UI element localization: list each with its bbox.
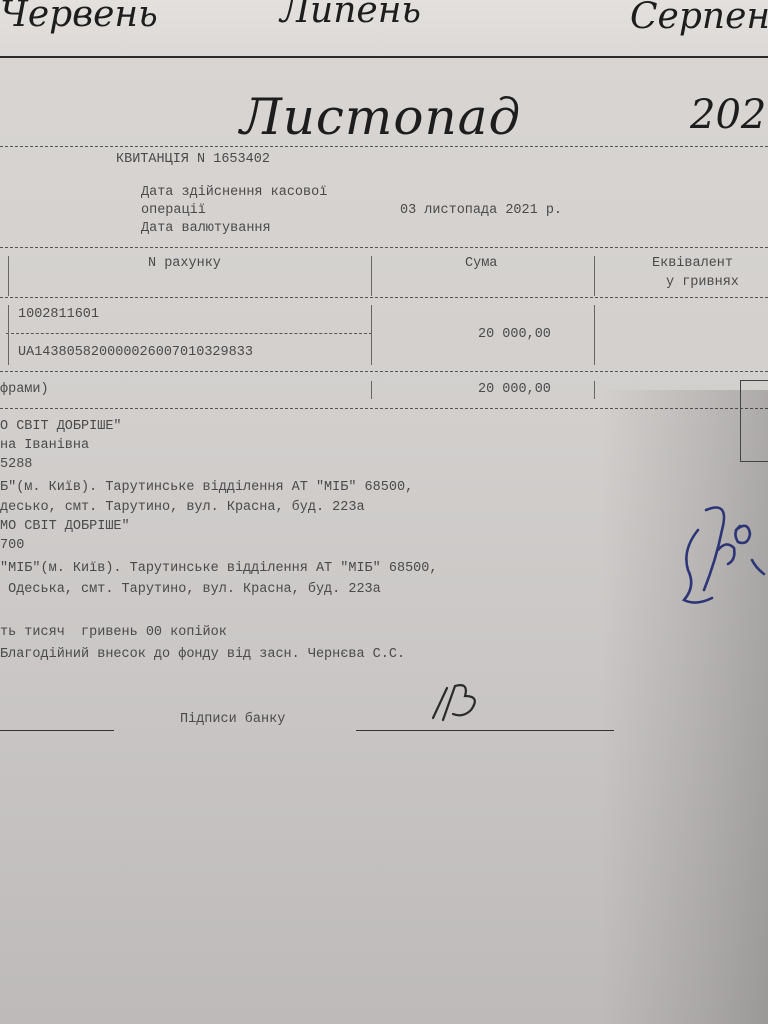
header-equivalent-2: у гривнях: [666, 274, 739, 292]
col-sep: [594, 381, 595, 399]
total-amount: 20 000,00: [478, 381, 551, 399]
header-account: N рахунку: [148, 255, 221, 273]
bank-signatures-label: Підписи банку: [180, 711, 285, 729]
total-label: фрами): [0, 381, 49, 399]
handwritten-ink-mark-icon: [676, 490, 768, 610]
handwritten-month-main: Листопад: [240, 88, 521, 146]
date-label-2: операції: [141, 202, 206, 220]
date-label-3: Дата валютування: [141, 220, 271, 238]
handwritten-month-2: Липень: [280, 0, 421, 31]
col-sep: [594, 256, 595, 296]
handwritten-month-1: Червень: [0, 0, 158, 35]
detail-line: МО СВІТ ДОБРІШЕ": [0, 518, 130, 536]
payment-purpose: Благодійний внесок до фонду від засн. Че…: [0, 646, 405, 664]
row-amount: 20 000,00: [478, 326, 551, 344]
date-value: 03 листопада 2021 р.: [400, 202, 562, 220]
col-sep: [8, 305, 9, 365]
detail-line: десько, смт. Тарутино, вул. Красна, буд.…: [0, 499, 365, 517]
table-top-border: [0, 247, 768, 248]
iban: UA143805820000026007010329833: [18, 344, 253, 362]
date-label-1: Дата здійснення касової: [141, 184, 327, 202]
divider: [0, 146, 768, 147]
receipt-title: КВИТАНЦІЯ N 1653402: [116, 151, 270, 169]
amount-in-words: ть тисяч гривень 00 копійок: [0, 624, 227, 642]
header-equivalent: Еквівалент: [652, 255, 733, 273]
header-amount: Сума: [465, 255, 497, 273]
handwritten-year: 202: [690, 92, 766, 138]
table-bottom-border: [0, 408, 768, 409]
detail-line: на Іванівна: [0, 437, 89, 455]
detail-line: "МІБ"(м. Київ). Тарутинське відділення А…: [0, 560, 437, 578]
row-bottom-border: [0, 371, 768, 372]
detail-line: Одеська, смт. Тарутино, вул. Красна, буд…: [0, 581, 381, 599]
row-split: [6, 333, 372, 334]
detail-line: 5288: [0, 456, 32, 474]
client-signature-line: [0, 730, 114, 731]
col-sep: [594, 305, 595, 365]
col-sep: [371, 256, 372, 296]
col-sep: [371, 305, 372, 365]
handwritten-month-3: Серпень: [630, 0, 768, 37]
bank-signature-icon: [425, 676, 495, 726]
detail-line: 700: [0, 537, 24, 555]
detail-line: Б"(м. Київ). Тарутинське відділення АТ "…: [0, 479, 413, 497]
stamp-frame: [740, 380, 768, 462]
col-sep: [371, 381, 372, 399]
bank-signature-line: [356, 730, 614, 731]
detail-line: О СВІТ ДОБРІШЕ": [0, 418, 122, 436]
page-shadow: [600, 390, 768, 1024]
account-number: 1002811601: [18, 306, 99, 324]
notebook-page-top: Червень Липень Серпень: [0, 0, 768, 58]
col-sep: [8, 256, 9, 296]
header-bottom-border: [0, 297, 768, 298]
